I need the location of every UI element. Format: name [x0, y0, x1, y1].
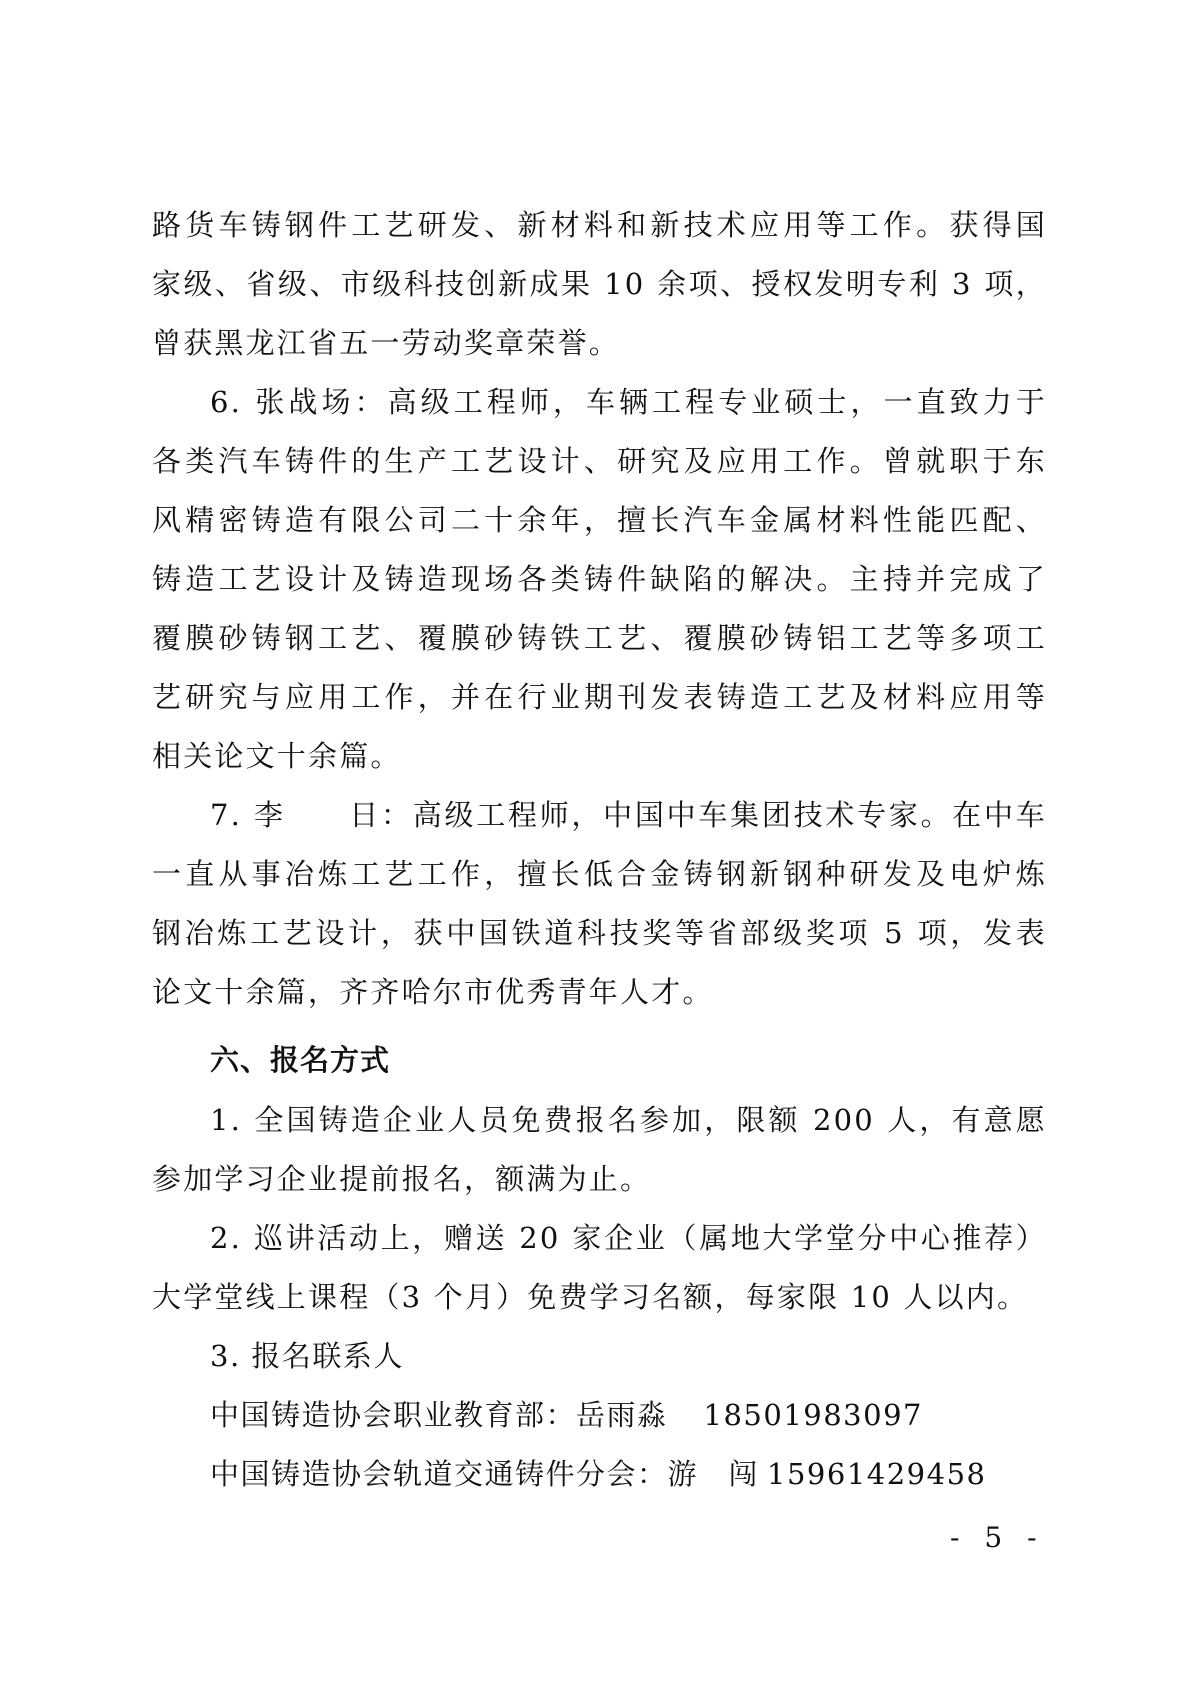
expert-7-line: 一直从事冶炼工艺工作，擅长低合金铸钢新钢种研发及电炉炼	[152, 854, 1047, 894]
registration-item-2-line: 2. 巡讲活动上，赠送 20 家企业（属地大学堂分中心推荐）	[210, 1218, 1047, 1258]
paragraph-line: 曾获黑龙江省五一劳动奖章荣誉。	[152, 323, 1047, 363]
expert-7-line: 钢冶炼工艺设计，获中国铁道科技奖等省部级奖项 5 项，发表	[152, 913, 1047, 953]
section-heading: 六、报名方式	[210, 1040, 390, 1080]
page-number: - 5 -	[950, 1520, 1045, 1556]
paragraph-line: 路货车铸钢件工艺研发、新材料和新技术应用等工作。获得国	[152, 205, 1047, 245]
expert-6-line: 风精密铸造有限公司二十余年，擅长汽车金属材料性能匹配、	[152, 500, 1047, 540]
contact-row: 中国铸造协会职业教育部：岳雨淼18501983097	[210, 1395, 923, 1435]
paragraph-line: 家级、省级、市级科技创新成果 10 余项、授权发明专利 3 项，	[152, 264, 1047, 304]
expert-6-line: 覆膜砂铸钢工艺、覆膜砂铸铁工艺、覆膜砂铸铝工艺等多项工	[152, 618, 1047, 658]
registration-item-1-line: 1. 全国铸造企业人员免费报名参加，限额 200 人，有意愿	[210, 1100, 1047, 1140]
contact-phone: 18501983097	[704, 1398, 923, 1432]
expert-7-line: 论文十余篇，齐齐哈尔市优秀青年人才。	[152, 972, 1047, 1012]
expert-6-line: 6. 张战场：高级工程师，车辆工程专业硕士，一直致力于	[210, 382, 1047, 422]
registration-item-3-title: 3. 报名联系人	[210, 1336, 404, 1376]
contact-name: 游 闯	[668, 1457, 760, 1491]
contact-name: 岳雨淼	[576, 1398, 668, 1432]
contact-org: 中国铸造协会职业教育部：	[210, 1398, 576, 1432]
contact-row: 中国铸造协会轨道交通铸件分会：游 闯15961429458	[210, 1454, 987, 1494]
expert-6-line: 铸造工艺设计及铸造现场各类铸件缺陷的解决。主持并完成了	[152, 559, 1047, 599]
expert-7-line: 7. 李 日：高级工程师，中国中车集团技术专家。在中车	[210, 795, 1047, 835]
registration-item-2-line: 大学堂线上课程（3 个月）免费学习名额，每家限 10 人以内。	[152, 1277, 1047, 1317]
expert-6-line: 艺研究与应用工作，并在行业期刊发表铸造工艺及材料应用等	[152, 677, 1047, 717]
registration-item-1-line: 参加学习企业提前报名，额满为止。	[152, 1159, 1047, 1199]
document-page: 路货车铸钢件工艺研发、新材料和新技术应用等工作。获得国 家级、省级、市级科技创新…	[0, 0, 1200, 1697]
contact-org: 中国铸造协会轨道交通铸件分会：	[210, 1457, 668, 1491]
contact-phone: 15961429458	[767, 1457, 986, 1491]
expert-6-line: 各类汽车铸件的生产工艺设计、研究及应用工作。曾就职于东	[152, 441, 1047, 481]
expert-6-line: 相关论文十余篇。	[152, 736, 1047, 776]
